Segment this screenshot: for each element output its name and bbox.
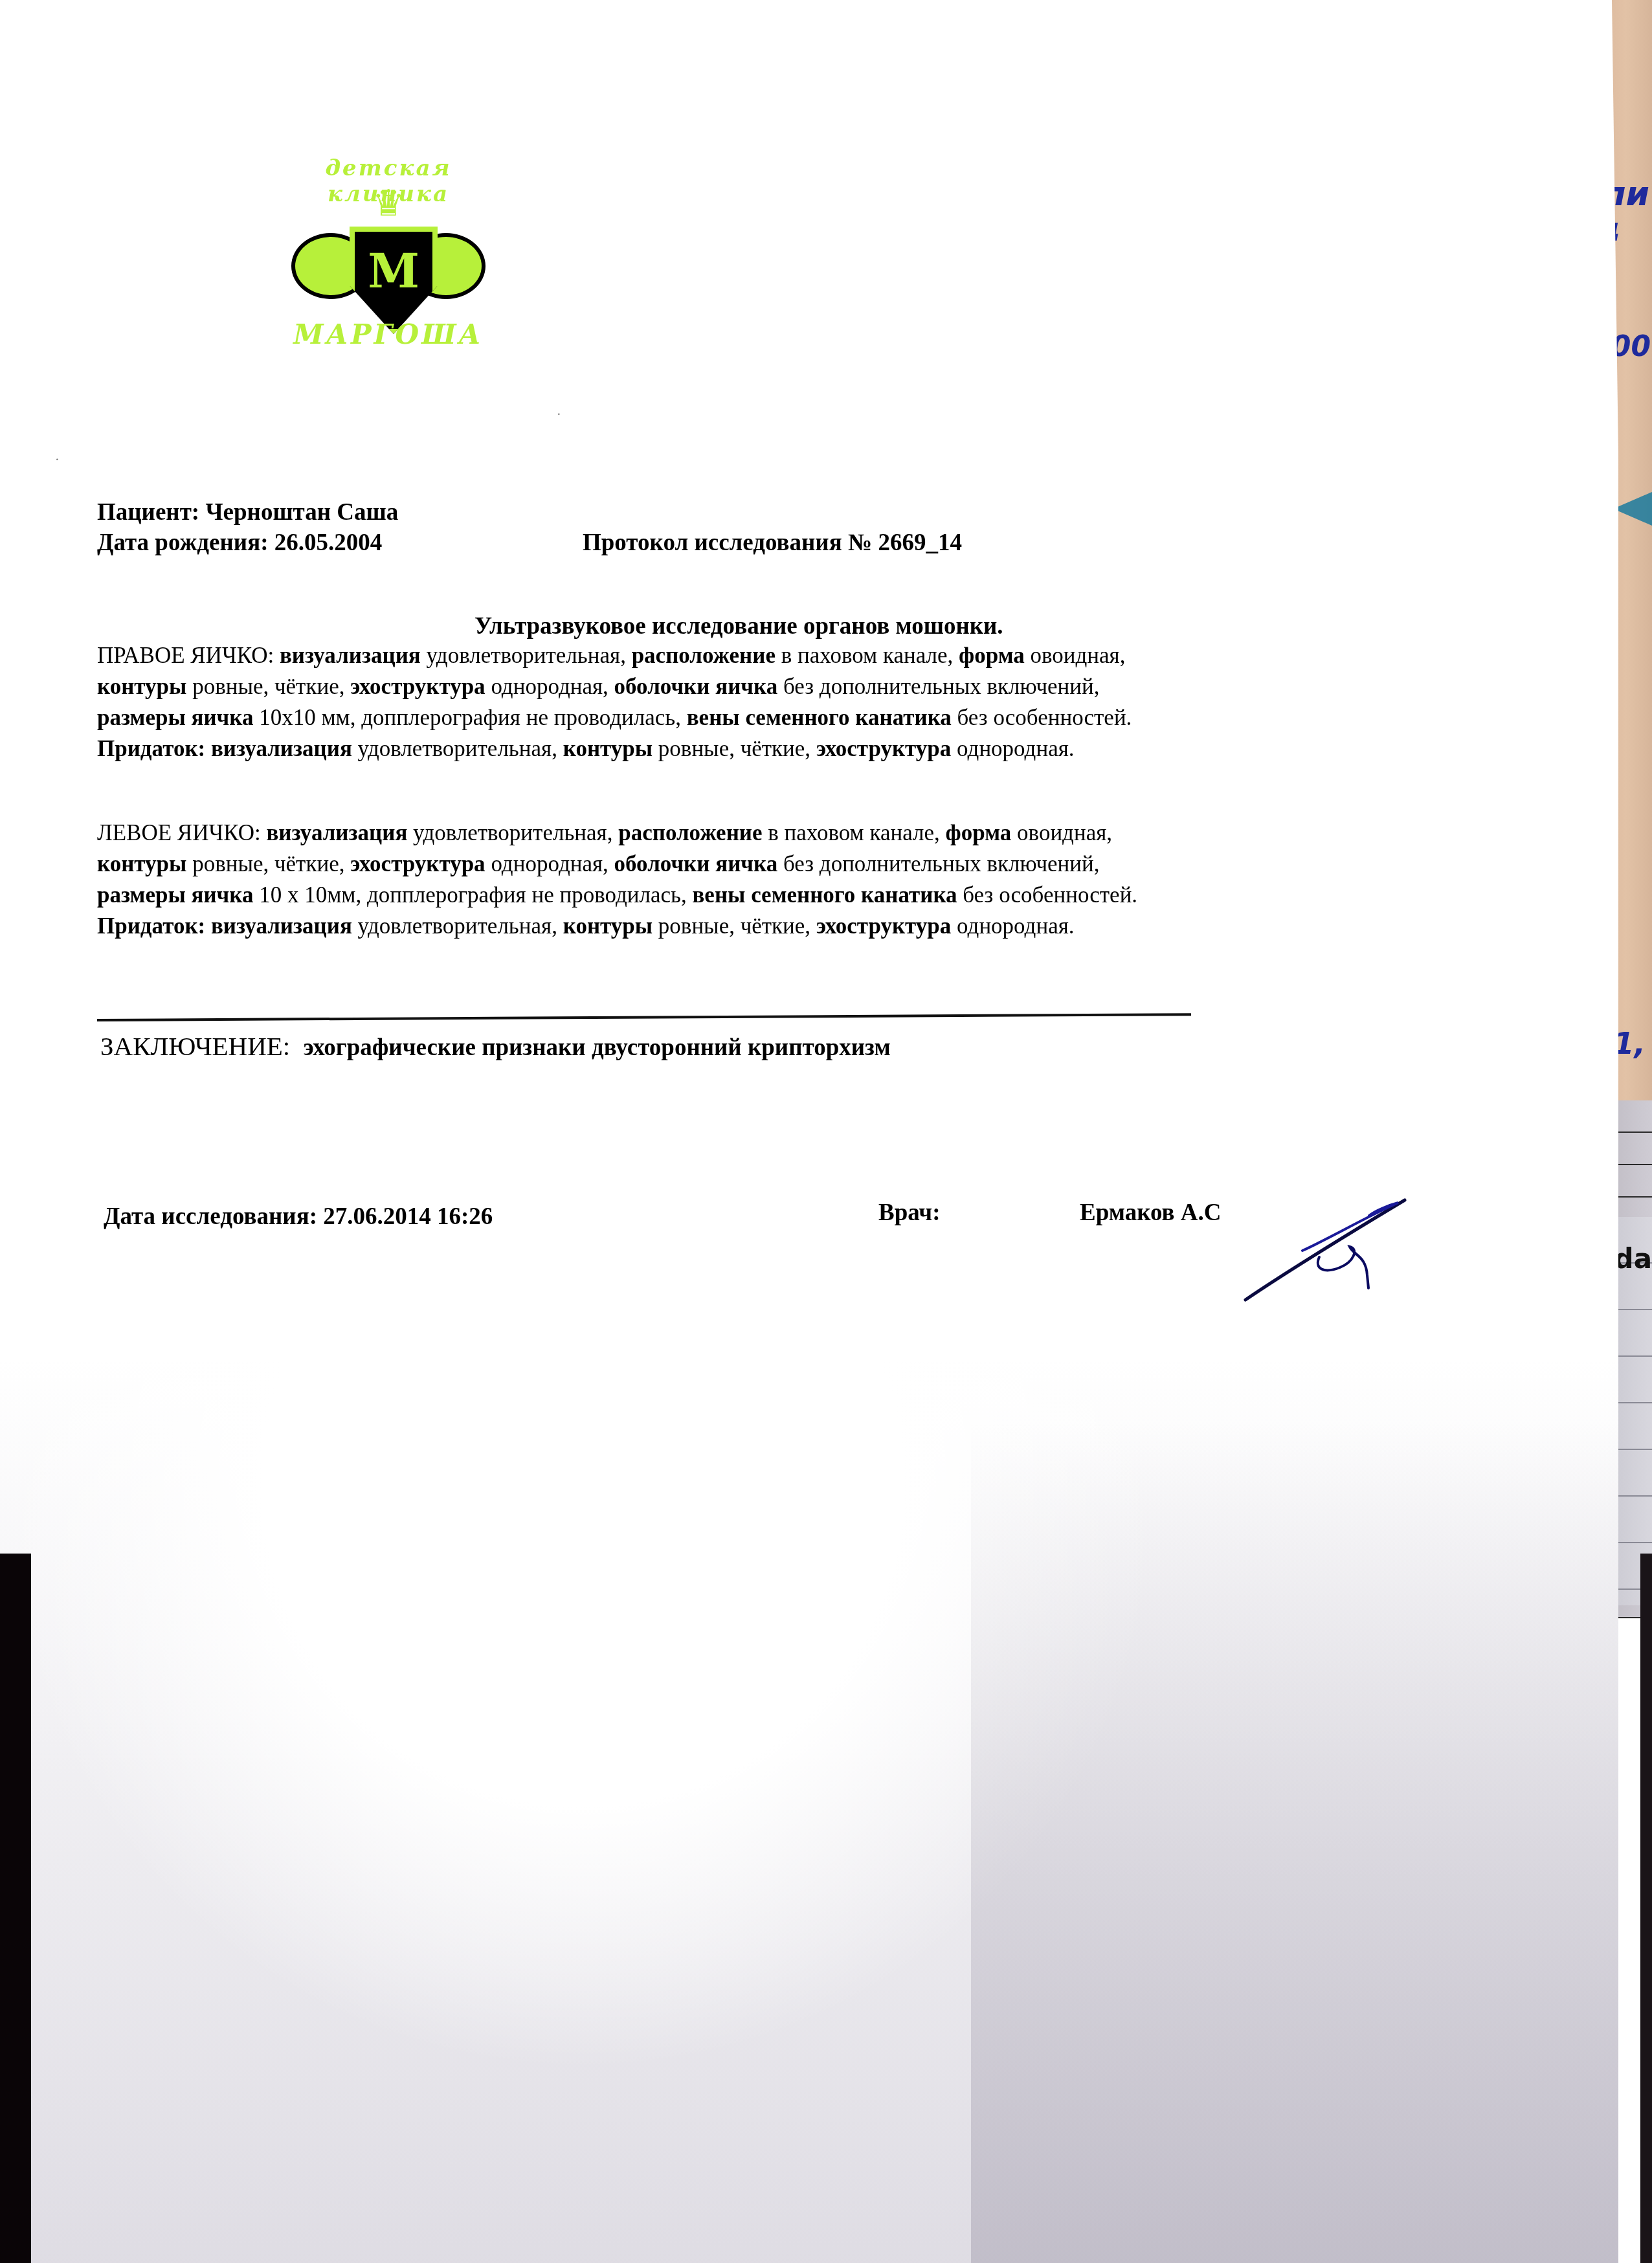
scan-speck: · <box>55 453 60 468</box>
dob-value: 26.05.2004 <box>274 530 383 556</box>
field-value: без дополнительных включений, <box>777 851 1099 876</box>
patient-line: Пациент: Черноштан Саша <box>97 498 398 527</box>
scan-speck: · <box>557 408 561 423</box>
paragraph-line: ПРАВОЕ ЯИЧКО: визуализация удовлетворите… <box>97 641 1125 670</box>
edge-handwriting: 00 <box>1611 330 1651 363</box>
field-value: без дополнительных включений, <box>777 674 1099 699</box>
field-value: однородная. <box>951 913 1074 939</box>
field-label: Придаток: визуализация <box>97 913 352 939</box>
edge-triangle-mark <box>1613 492 1652 526</box>
field-value: без особенностей. <box>952 705 1132 730</box>
field-value: удовлетворительная, <box>352 913 563 939</box>
field-value: однородная, <box>486 674 614 699</box>
field-label: Придаток: визуализация <box>97 736 352 761</box>
edge-printed-fragment: da <box>1614 1243 1652 1275</box>
paragraph-line: ЛЕВОЕ ЯИЧКО: визуализация удовлетворител… <box>97 819 1112 847</box>
exam-date-value: 27.06.2014 16:26 <box>323 1203 493 1230</box>
field-label: размеры яичка <box>97 705 253 730</box>
paragraph-line: размеры яичка 10х10 мм, допплерография н… <box>97 704 1132 732</box>
field-label: визуализация <box>274 643 421 668</box>
exam-date-line: Дата исследования: 27.06.2014 16:26 <box>104 1203 493 1231</box>
field-value: ровные, чёткие, <box>653 913 816 939</box>
paragraph-line: контуры ровные, чёткие, эхоструктура одн… <box>97 850 1099 878</box>
field-label: контуры <box>97 851 186 876</box>
protocol-line: Протокол исследования № 2669_14 <box>583 529 962 557</box>
field-value: удовлетворительная, <box>352 736 563 761</box>
field-value: однородная, <box>486 851 614 876</box>
document-sheet: детская клиника ♛ М МАРГОША Пациент: Чер… <box>0 0 1618 2263</box>
field-label: оболочки яичка <box>614 674 778 699</box>
logo-letter: М <box>355 243 432 298</box>
divider-line <box>97 1013 1191 1021</box>
paragraph-line: Придаток: визуализация удовлетворительна… <box>97 735 1075 763</box>
field-value: овоидная, <box>1025 643 1126 668</box>
field-label: контуры <box>563 736 653 761</box>
field-label: форма <box>946 820 1012 845</box>
field-label: эхоструктура <box>816 736 951 761</box>
conclusion: ЗАКЛЮЧЕНИЕ: эхографические признаки двус… <box>100 1032 891 1062</box>
field-label: вены семенного канатика <box>687 705 952 730</box>
patient-name: Черноштан Саша <box>205 499 398 526</box>
field-value: ровные, чёткие, <box>653 736 816 761</box>
paragraph-line: Придаток: визуализация удовлетворительна… <box>97 912 1075 941</box>
logo-bottom-text: МАРГОША <box>272 318 505 350</box>
signature-icon <box>1243 1191 1424 1308</box>
field-label: расположение <box>632 643 776 668</box>
doctor-name: Ермаков А.С <box>1080 1199 1221 1227</box>
field-label: размеры яичка <box>97 882 253 908</box>
protocol-number: 2669_14 <box>878 530 962 556</box>
clinic-logo: детская клиника ♛ М МАРГОША <box>272 149 505 369</box>
field-label: контуры <box>97 674 186 699</box>
field-label: визуализация <box>261 820 408 845</box>
dob-label: Дата рождения: <box>97 530 268 556</box>
field-value: ровные, чёткие, <box>186 851 350 876</box>
field-label: эхоструктура <box>816 913 951 939</box>
field-value: 10х10 мм, допплерография не проводилась, <box>253 705 686 730</box>
field-value: овоидная, <box>1011 820 1112 845</box>
field-value: удовлетворительная, <box>421 643 632 668</box>
field-value: ЛЕВОЕ ЯИЧКО: <box>97 820 261 845</box>
study-title: Ультразвуковое исследование органов мошо… <box>474 612 1003 641</box>
conclusion-text: эхографические признаки двусторонний кри… <box>304 1034 891 1061</box>
scan-edge-right <box>1640 1554 1652 2263</box>
conclusion-label: ЗАКЛЮЧЕНИЕ: <box>100 1031 290 1061</box>
field-label: контуры <box>563 913 653 939</box>
field-label: эхоструктура <box>350 851 485 876</box>
field-value: ПРАВОЕ ЯИЧКО: <box>97 643 274 668</box>
field-value: в паховом канале, <box>763 820 946 845</box>
field-label: расположение <box>618 820 762 845</box>
paragraph-line: контуры ровные, чёткие, эхоструктура одн… <box>97 673 1099 701</box>
field-value: без особенностей. <box>957 882 1138 908</box>
field-value: 10 х 10мм, допплерография не проводилась… <box>253 882 692 908</box>
scan-shadow-right <box>971 1421 1618 2263</box>
scan-edge-left <box>0 1554 31 2263</box>
field-label: вены семенного канатика <box>692 882 957 908</box>
field-value: удовлетворительная, <box>407 820 618 845</box>
field-label: форма <box>959 643 1025 668</box>
field-label: оболочки яичка <box>614 851 778 876</box>
field-value: однородная. <box>951 736 1074 761</box>
protocol-label: Протокол исследования № <box>583 530 872 556</box>
doctor-label: Врач: <box>878 1199 940 1227</box>
patient-label: Пациент: <box>97 499 199 526</box>
crown-icon: ♛ <box>363 188 414 220</box>
exam-date-label: Дата исследования: <box>104 1203 317 1230</box>
field-label: эхоструктура <box>350 674 485 699</box>
field-value: в паховом канале, <box>776 643 959 668</box>
paragraph-line: размеры яичка 10 х 10мм, допплерография … <box>97 881 1137 909</box>
dob-line: Дата рождения: 26.05.2004 <box>97 529 382 557</box>
field-value: ровные, чёткие, <box>186 674 350 699</box>
